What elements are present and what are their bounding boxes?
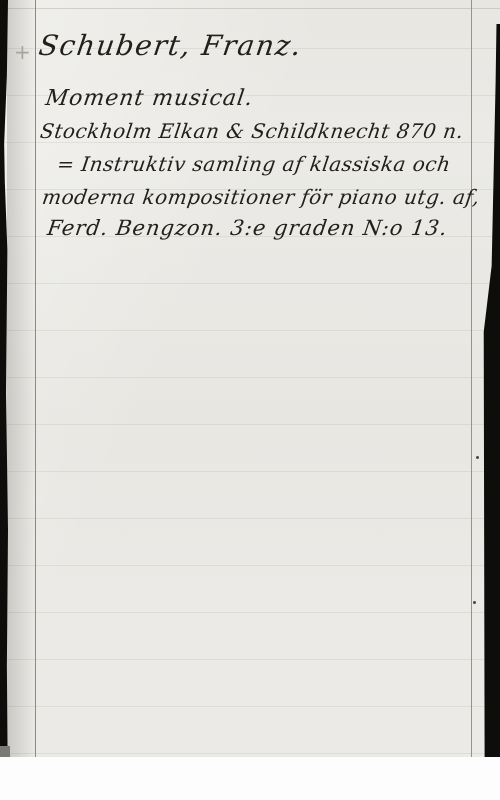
series-note-line-1: = Instruktiv samling af klassiska och	[56, 154, 452, 174]
left-edge-shadow	[7, 0, 37, 757]
margin-line-left	[35, 0, 36, 757]
ink-speck	[476, 456, 479, 459]
ink-speck	[473, 601, 476, 604]
catalog-card: + Schubert, Franz. Moment musical. Stock…	[0, 0, 500, 757]
series-note-line-2: moderna kompositioner för piano utg. af,	[41, 187, 481, 207]
ruled-lines	[0, 2, 500, 755]
margin-line-right	[471, 0, 472, 757]
scan-corner-shadow	[0, 746, 10, 757]
top-rule-line	[0, 8, 500, 9]
plus-mark: +	[14, 40, 31, 64]
imprint-line: Stockholm Elkan & Schildknecht 870 n.	[39, 121, 465, 141]
author-heading: Schubert, Franz.	[37, 32, 304, 60]
editor-grade-line: Ferd. Bengzon. 3:e graden N:o 13.	[46, 218, 449, 239]
work-title: Moment musical.	[44, 88, 255, 110]
